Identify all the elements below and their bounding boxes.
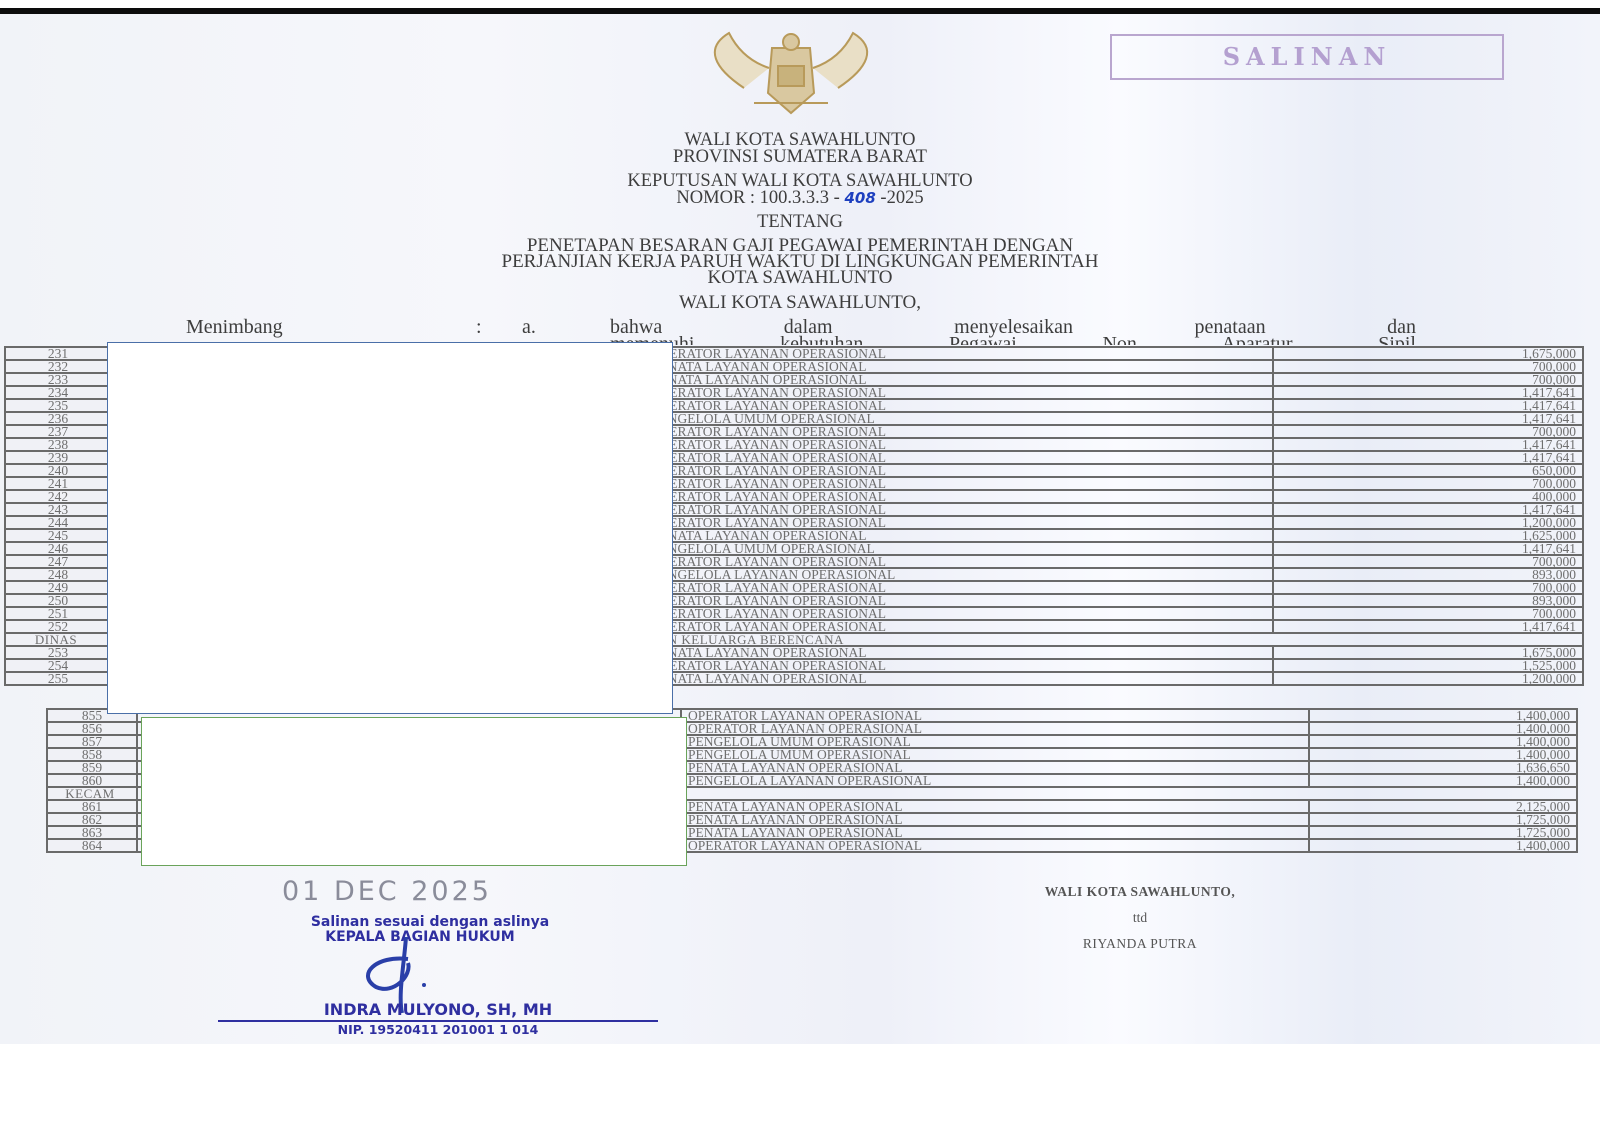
copy-official-name: INDRA MULYONO, SH, MH [218, 1000, 658, 1022]
decree-number: NOMOR : 100.3.3.3 - 408 -2025 [0, 190, 1600, 207]
salary-cell: 1,400,000 [1309, 774, 1577, 787]
copy-note: Salinan sesuai dengan aslinya [200, 915, 660, 930]
salary-cell: 1,200,000 [1273, 672, 1583, 685]
handwritten-number: 408 [844, 189, 875, 207]
signer-ttd: ttd [930, 910, 1350, 926]
salary-cell: 1,400,000 [1309, 839, 1577, 852]
copy-official-nip: NIP. 19520411 201001 1 014 [218, 1022, 658, 1037]
position-cell: PENGELOLA LAYANAN OPERASIONAL [681, 774, 1309, 787]
row-number: 255 [5, 672, 111, 685]
tentang-label: TENTANG [0, 212, 1600, 233]
salinan-stamp: SALINAN [1110, 34, 1504, 80]
issuer-heading: WALI KOTA SAWAHLUNTO, [0, 292, 1600, 314]
header-line-2: PROVINSI SUMATERA BARAT [0, 149, 1600, 166]
point-label: a. [522, 316, 536, 339]
signer-name: RIYANDA PUTRA [930, 936, 1350, 952]
header-issuer: WALI KOTA SAWAHLUNTO PROVINSI SUMATERA B… [0, 132, 1600, 166]
garuda-emblem-icon [684, 28, 898, 118]
position-cell: PENATA LAYANAN OPERASIONAL [645, 672, 1273, 685]
position-cell: OPERATOR LAYANAN OPERASIONAL [681, 839, 1309, 852]
salary-cell: 1,417,641 [1273, 620, 1583, 633]
redaction-box-2 [141, 717, 687, 866]
decree-subject: PENETAPAN BESARAN GAJI PEGAWAI PEMERINTA… [0, 238, 1600, 286]
row-number: 864 [47, 839, 137, 852]
redaction-box-1 [107, 342, 673, 714]
signer-title: WALI KOTA SAWAHLUNTO, [930, 884, 1350, 900]
date-stamp: 01 DEC 2025 [282, 876, 492, 907]
menimbang-label: Menimbang [186, 316, 283, 339]
decree-title: KEPUTUSAN WALI KOTA SAWAHLUNTO NOMOR : 1… [0, 173, 1600, 207]
clause-text-2: memenuhi kebutuhan Pegawai Non Aparatur … [610, 333, 1416, 345]
